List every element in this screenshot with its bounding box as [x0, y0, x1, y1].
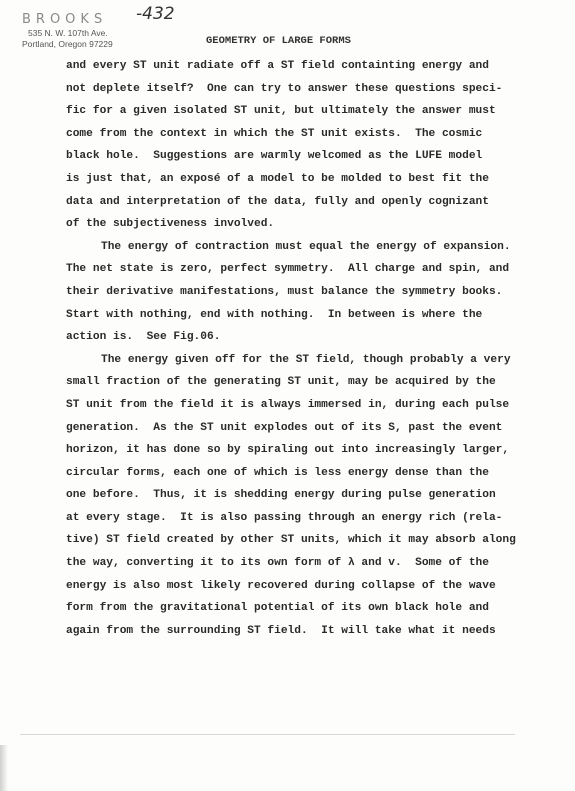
text-line: small fraction of the generating ST unit… — [66, 371, 536, 394]
text-line: not deplete itself? One can try to answe… — [66, 78, 536, 101]
text-line: The energy given off for the ST field, t… — [66, 349, 536, 372]
text-line: black hole. Suggestions are warmly welco… — [66, 145, 536, 168]
text-line: circular forms, each one of which is les… — [66, 462, 536, 485]
document-body: and every ST unit radiate off a ST field… — [66, 55, 536, 642]
text-line: The energy of contraction must equal the… — [66, 236, 536, 259]
text-line: the way, converting it to its own form o… — [66, 552, 536, 575]
text-line: one before. Thus, it is shedding energy … — [66, 484, 536, 507]
page-edge-shadow — [0, 745, 8, 791]
text-line: at every stage. It is also passing throu… — [66, 507, 536, 530]
text-line: action is. See Fig.06. — [66, 326, 536, 349]
text-line: tive) ST field created by other ST units… — [66, 529, 536, 552]
text-line: data and interpretation of the data, ful… — [66, 191, 536, 214]
letterhead-address-city: Portland, Oregon 97229 — [22, 39, 113, 50]
text-line: of the subjectiveness involved. — [66, 213, 536, 236]
text-line: again from the surrounding ST field. It … — [66, 620, 536, 643]
handwritten-page-number: -432 — [136, 4, 175, 24]
text-line: ST unit from the field it is always imme… — [66, 394, 536, 417]
letterhead-address-street: 535 N. W. 107th Ave. — [28, 28, 113, 39]
page-fold-line — [20, 734, 515, 735]
text-line: and every ST unit radiate off a ST field… — [66, 55, 536, 78]
text-line: form from the gravitational potential of… — [66, 597, 536, 620]
text-line: come from the context in which the ST un… — [66, 123, 536, 146]
text-line: The net state is zero, perfect symmetry.… — [66, 258, 536, 281]
text-line: is just that, an exposé of a model to be… — [66, 168, 536, 191]
text-line: fic for a given isolated ST unit, but ul… — [66, 100, 536, 123]
letterhead: BROOKS -432 535 N. W. 107th Ave. Portlan… — [22, 10, 113, 50]
text-line: generation. As the ST unit explodes out … — [66, 417, 536, 440]
text-line: their derivative manifestations, must ba… — [66, 281, 536, 304]
text-line: energy is also most likely recovered dur… — [66, 575, 536, 598]
letterhead-name: BROOKS — [22, 12, 107, 27]
text-line: Start with nothing, end with nothing. In… — [66, 304, 536, 327]
document-title: GEOMETRY OF LARGE FORMS — [206, 35, 351, 47]
text-line: horizon, it has done so by spiraling out… — [66, 439, 536, 462]
